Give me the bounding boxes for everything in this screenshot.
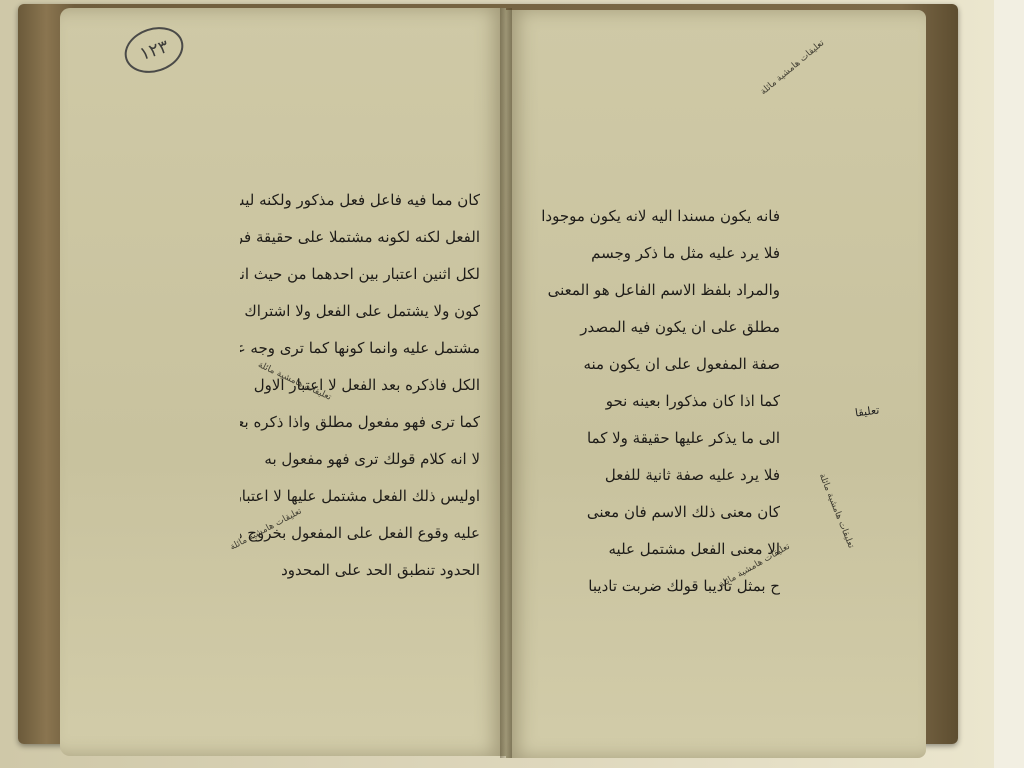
book-gutter — [500, 8, 512, 758]
text-line: كان معنى ذلك الاسم فان معنى — [540, 494, 780, 531]
text-line: الفعل لكنه لكونه مشتملا على حقيقة فرض كم… — [240, 219, 480, 256]
text-line: اوليس ذلك الفعل مشتمل عليها لا اعتبار — [240, 478, 480, 515]
text-line: الى ما يذكر عليها حقيقة ولا كما — [540, 420, 780, 457]
text-line: الحدود تنطبق الحد على المحدود — [240, 552, 480, 589]
text-line: فانه يكون مسندا اليه لانه يكون موجودا — [540, 198, 780, 235]
text-line: فلا يرد عليه صفة ثانية للفعل — [540, 457, 780, 494]
text-line: والمراد بلفظ الاسم الفاعل هو المعنى — [540, 272, 780, 309]
text-line: لا انه كلام قولك ترى فهو مفعول به — [240, 441, 480, 478]
text-line: فلا يرد عليه مثل ما ذكر وجسم — [540, 235, 780, 272]
text-line: كما ترى فهو مفعول مطلق واذا ذكره بعده — [240, 404, 480, 441]
text-line: مشتمل عليه وانما كونها كما ترى وجه عليها… — [240, 330, 480, 367]
text-line: كما اذا كان مذكورا بعينه نحو — [540, 383, 780, 420]
text-line: لكل اثنين اعتبار بين احدهما من حيث انه ف… — [240, 256, 480, 293]
text-line: مطلق على ان يكون فيه المصدر — [540, 309, 780, 346]
background-strip — [994, 0, 1024, 768]
text-line: كان مما فيه فاعل فعل مذكور ولكنه ليس مما… — [240, 182, 480, 219]
text-line: صفة المفعول على ان يكون منه — [540, 346, 780, 383]
text-line: كون ولا يشتمل على الفعل ولا اشتراك معنى … — [240, 293, 480, 330]
right-main-text: فانه يكون مسندا اليه لانه يكون موجودا فل… — [540, 198, 780, 605]
text-line: الا معنى الفعل مشتمل عليه — [540, 531, 780, 568]
